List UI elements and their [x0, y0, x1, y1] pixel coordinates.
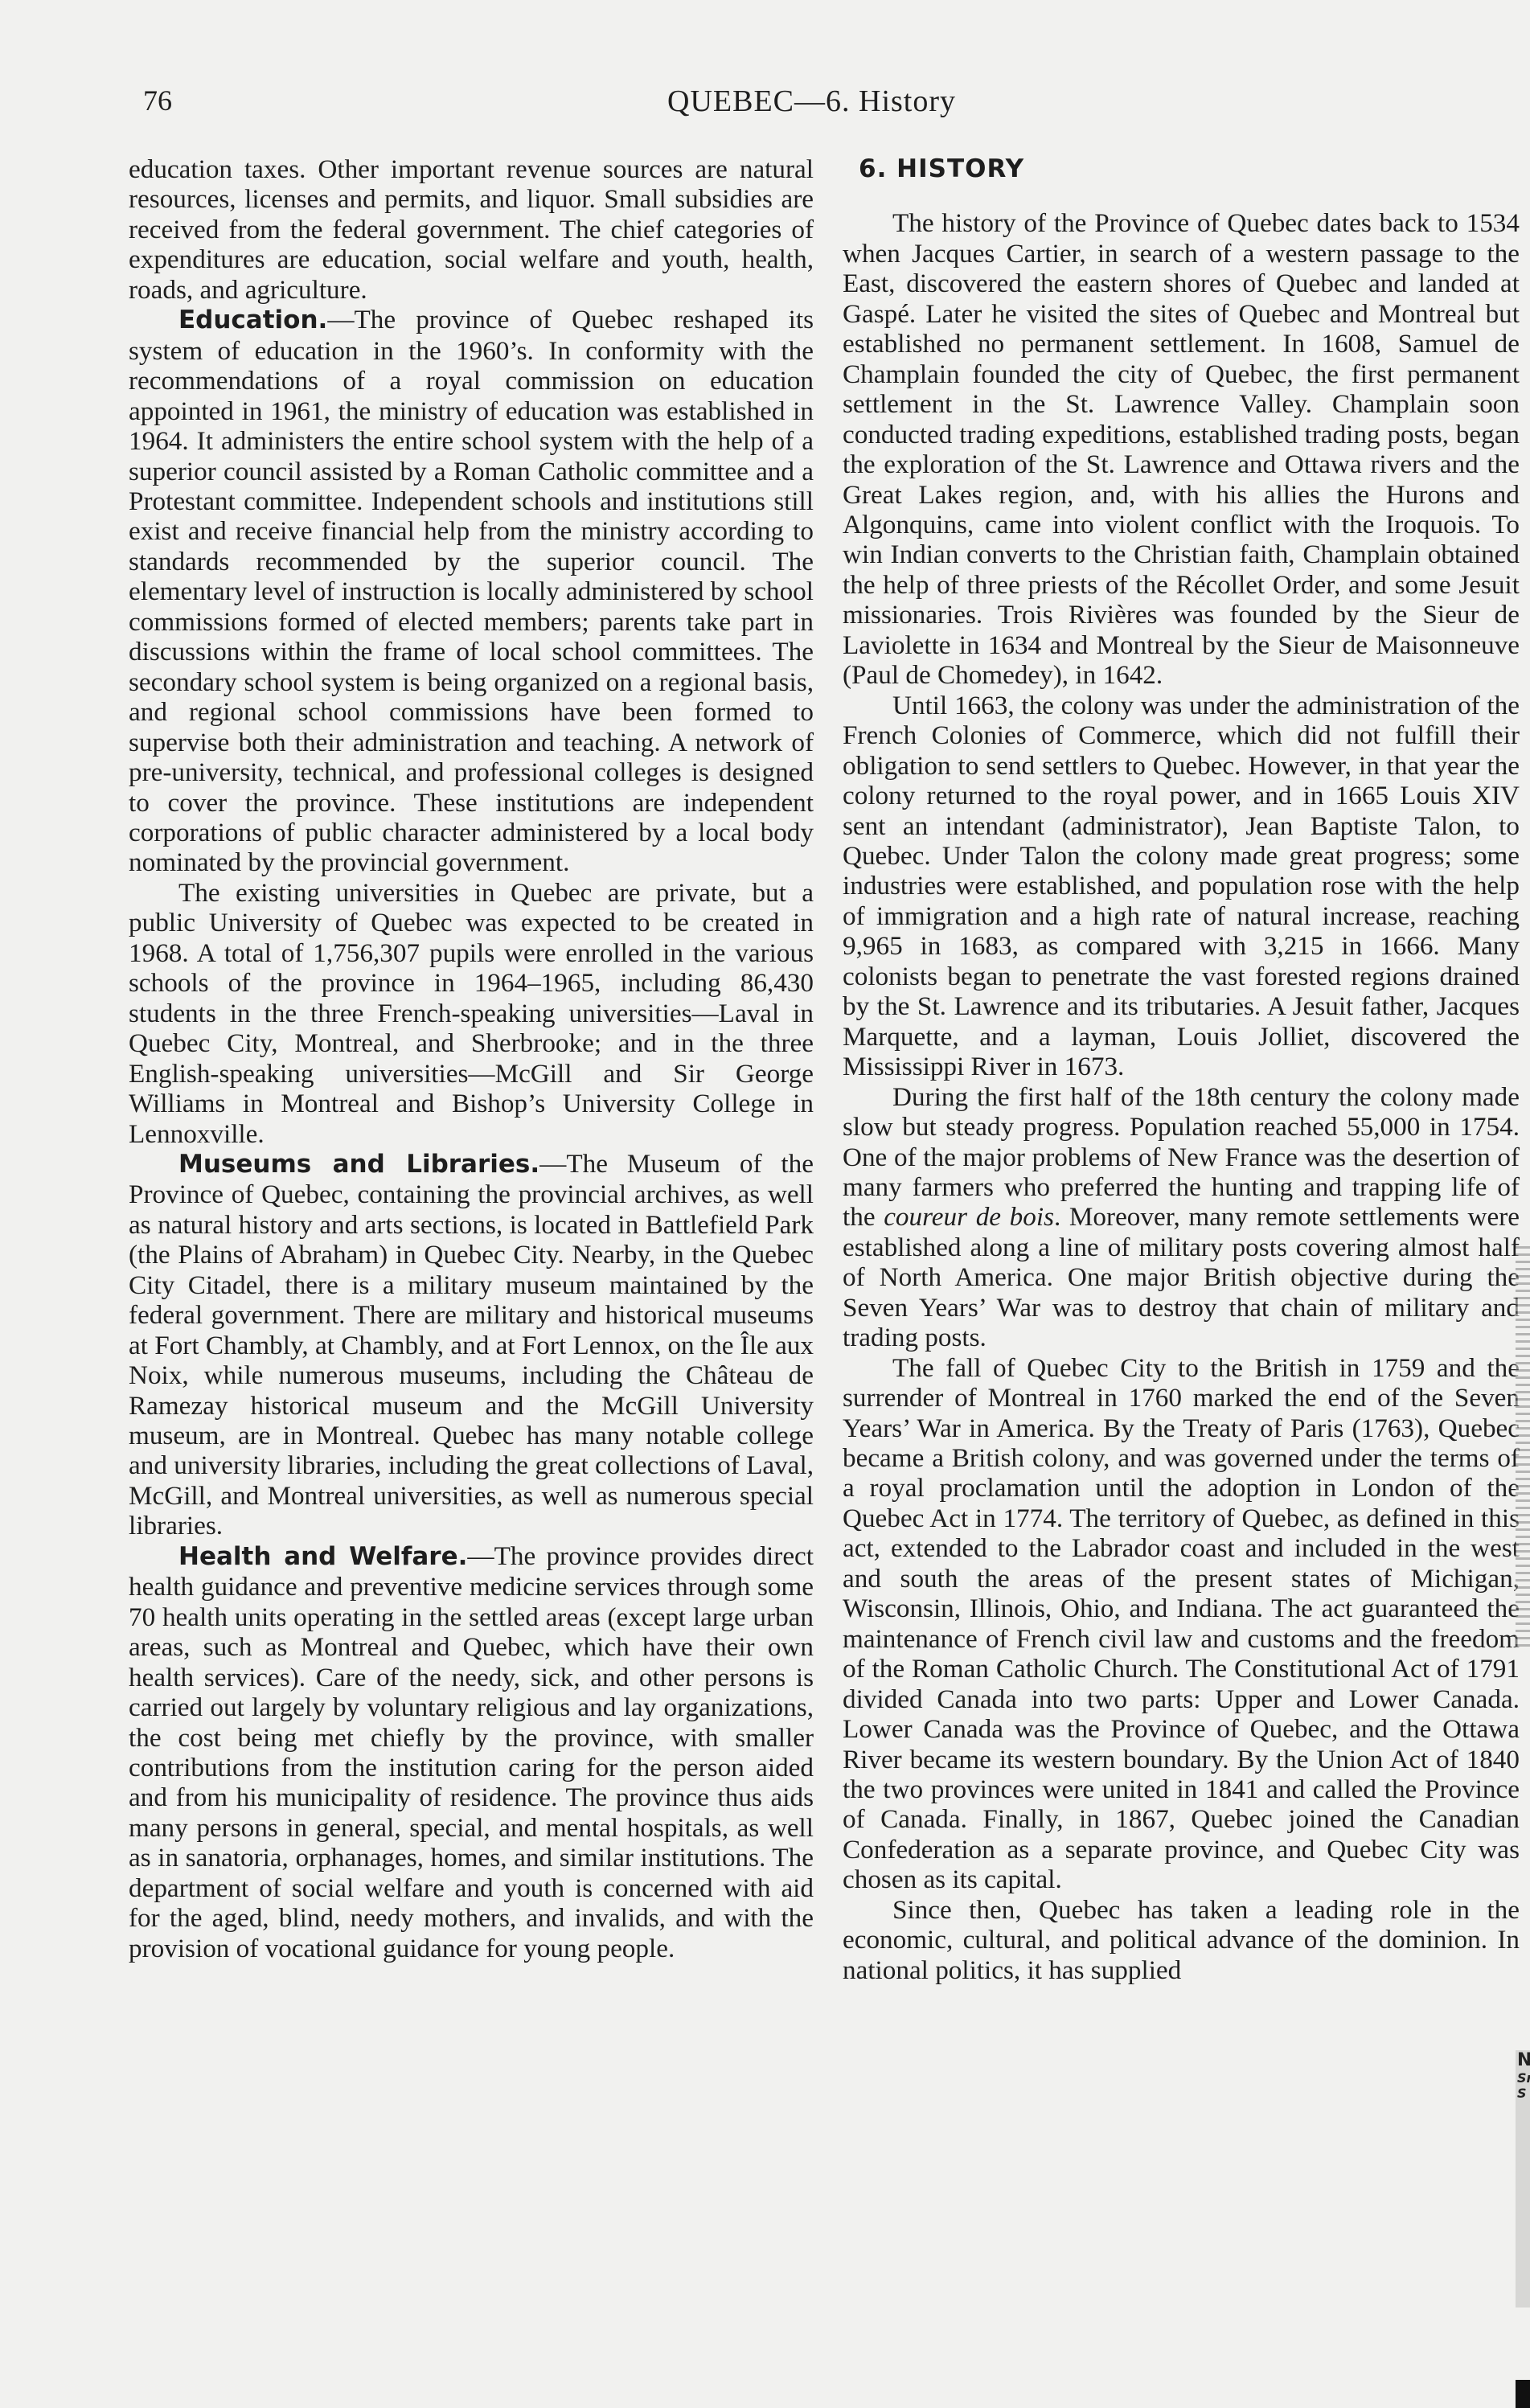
heading-health-welfare: Health and Welfare.	[178, 1542, 467, 1571]
section-title-history: 6. HISTORY	[859, 154, 1520, 184]
paragraph-history-5: Since then, Quebec has taken a leading r…	[843, 1895, 1520, 1985]
adjacent-page-dark-edge	[1516, 2380, 1530, 2408]
paragraph-revenue: education taxes. Other important revenue…	[129, 154, 814, 305]
page-number: 76	[143, 84, 172, 117]
paragraph-history-2: Until 1663, the colony was under the adm…	[843, 691, 1520, 1082]
heading-museums-libraries: Museums and Libraries.	[178, 1150, 539, 1179]
running-head: QUEBEC—6. History	[667, 84, 956, 119]
paragraph-health: Health and Welfare.—The province provide…	[129, 1541, 814, 1963]
paragraph-museums: Museums and Libraries.—The Museum of the…	[129, 1149, 814, 1541]
paragraph-history-3: During the first half of the 18th centur…	[843, 1082, 1520, 1353]
paragraph-history-4: The fall of Quebec City to the British i…	[843, 1353, 1520, 1895]
right-column: 6. HISTORY The history of the Province o…	[843, 154, 1520, 1985]
museums-text: —The Museum of the Province of Quebec, c…	[129, 1149, 814, 1540]
paragraph-history-1: The history of the Province of Quebec da…	[843, 208, 1520, 690]
paragraph-universities: The existing universities in Quebec are …	[129, 878, 814, 1149]
binding-edge-marks	[1516, 1246, 1530, 1648]
italic-coureur-de-bois: coureur de bois	[884, 1202, 1054, 1232]
left-column: education taxes. Other important revenue…	[129, 154, 814, 1963]
heading-education: Education.	[178, 306, 327, 334]
health-text: —The province provides direct health gui…	[129, 1541, 814, 1963]
fragment-line-2: Sr	[1516, 2070, 1530, 2086]
education-text: —The province of Quebec reshaped its sys…	[129, 305, 814, 877]
fragment-line-3: S	[1516, 2086, 1530, 2101]
adjacent-page-fragment: N Sr S	[1516, 2050, 1530, 2307]
fragment-line-1: N	[1516, 2050, 1530, 2070]
paragraph-education: Education.—The province of Quebec reshap…	[129, 305, 814, 878]
